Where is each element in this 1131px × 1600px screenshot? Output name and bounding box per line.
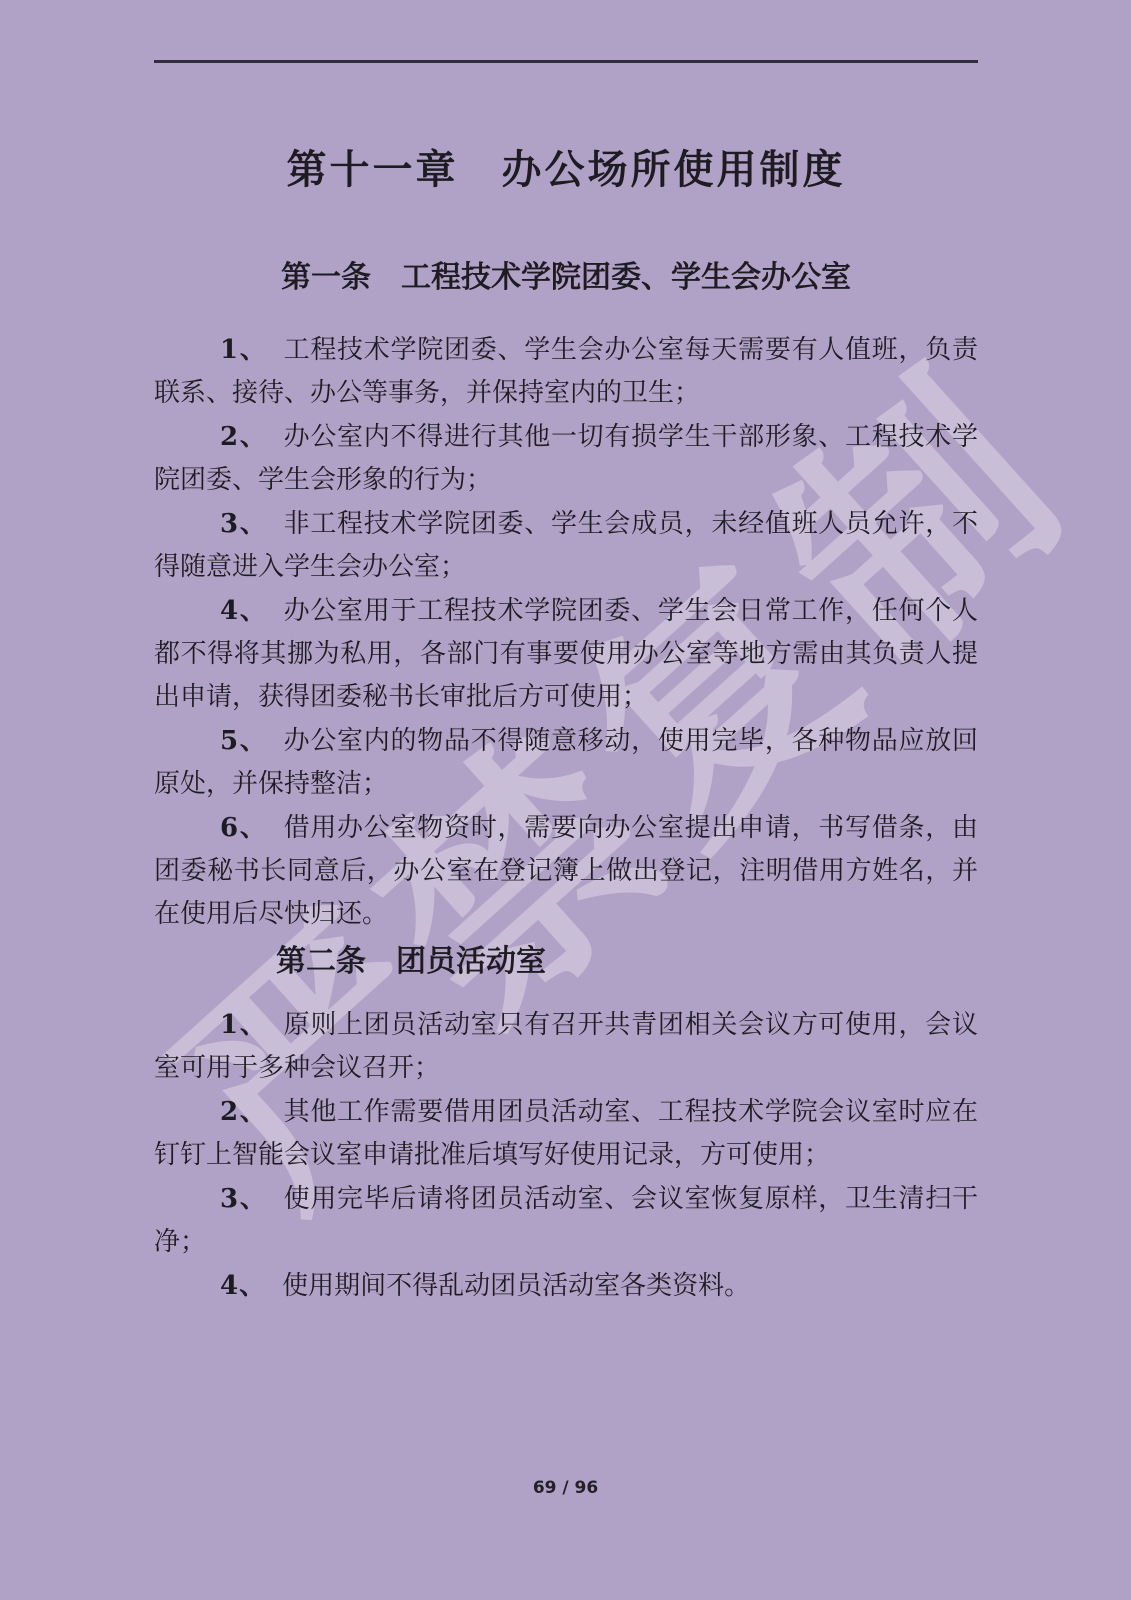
item-number: 6、 [220,813,268,843]
item-text: 工程技术学院团委、学生会办公室每天需要有人值班，负责联系、接待、办公等事务，并保… [154,335,978,408]
item-text: 借用办公室物资时，需要向办公室提出申请，书写借条，由团委秘书长同意后，办公室在登… [154,813,978,929]
item-text: 非工程技术学院团委、学生会成员，未经值班人员允许，不得随意进入学生会办公室； [154,509,978,582]
regulation-item: 1、工程技术学院团委、学生会办公室每天需要有人值班，负责联系、接待、办公等事务，… [154,329,978,415]
item-number: 1、 [220,1010,268,1040]
regulation-item: 2、办公室内不得进行其他一切有损学生干部形象、工程技术学院团委、学生会形象的行为… [154,416,978,502]
item-number: 4、 [220,1271,266,1301]
chapter-title: 第十一章 办公场所使用制度 [154,146,978,194]
item-text: 原则上团员活动室只有召开共青团相关会议方可使用，会议室可用于多种会议召开； [154,1010,978,1083]
regulation-item: 5、办公室内的物品不得随意移动，使用完毕，各种物品应放回原处，并保持整洁； [154,720,978,806]
page-content: 第十一章 办公场所使用制度 第一条 工程技术学院团委、学生会办公室 1、工程技术… [154,0,978,1309]
item-text: 办公室内不得进行其他一切有损学生干部形象、工程技术学院团委、学生会形象的行为； [154,422,978,495]
regulation-item: 4、使用期间不得乱动团员活动室各类资料。 [154,1265,978,1308]
regulation-item: 3、使用完毕后请将团员活动室、会议室恢复原样，卫生清扫干净； [154,1178,978,1264]
item-text: 使用期间不得乱动团员活动室各类资料。 [282,1271,750,1301]
item-number: 2、 [220,1097,268,1127]
regulation-item: 1、原则上团员活动室只有召开共青团相关会议方可使用，会议室可用于多种会议召开； [154,1004,978,1090]
item-number: 3、 [220,509,268,539]
item-text: 办公室内的物品不得随意移动，使用完毕，各种物品应放回原处，并保持整洁； [154,726,978,799]
document-page: 严禁复制 第十一章 办公场所使用制度 第一条 工程技术学院团委、学生会办公室 1… [0,0,1131,1600]
regulation-item: 2、其他工作需要借用团员活动室、工程技术学院会议室时应在钉钉上智能会议室申请批准… [154,1091,978,1177]
regulation-item: 3、非工程技术学院团委、学生会成员，未经值班人员允许，不得随意进入学生会办公室； [154,503,978,589]
section-1-items: 1、工程技术学院团委、学生会办公室每天需要有人值班，负责联系、接待、办公等事务，… [154,329,978,936]
regulation-item: 6、借用办公室物资时，需要向办公室提出申请，书写借条，由团委秘书长同意后，办公室… [154,807,978,936]
item-number: 2、 [220,422,268,452]
section-heading-1: 第一条 工程技术学院团委、学生会办公室 [154,258,978,298]
item-number: 5、 [220,726,268,756]
section-heading-2: 第二条 团员活动室 [276,942,978,982]
item-text: 办公室用于工程技术学院团委、学生会日常工作，任何个人都不得将其挪为私用，各部门有… [154,596,978,712]
section-2-items: 1、原则上团员活动室只有召开共青团相关会议方可使用，会议室可用于多种会议召开； … [154,1004,978,1308]
item-number: 1、 [220,335,268,365]
regulation-item: 4、办公室用于工程技术学院团委、学生会日常工作，任何个人都不得将其挪为私用，各部… [154,590,978,719]
page-number: 69 / 96 [0,1478,1131,1498]
item-number: 4、 [220,596,268,626]
item-text: 其他工作需要借用团员活动室、工程技术学院会议室时应在钉钉上智能会议室申请批准后填… [154,1097,978,1170]
item-number: 3、 [220,1184,268,1214]
item-text: 使用完毕后请将团员活动室、会议室恢复原样，卫生清扫干净； [154,1184,978,1257]
